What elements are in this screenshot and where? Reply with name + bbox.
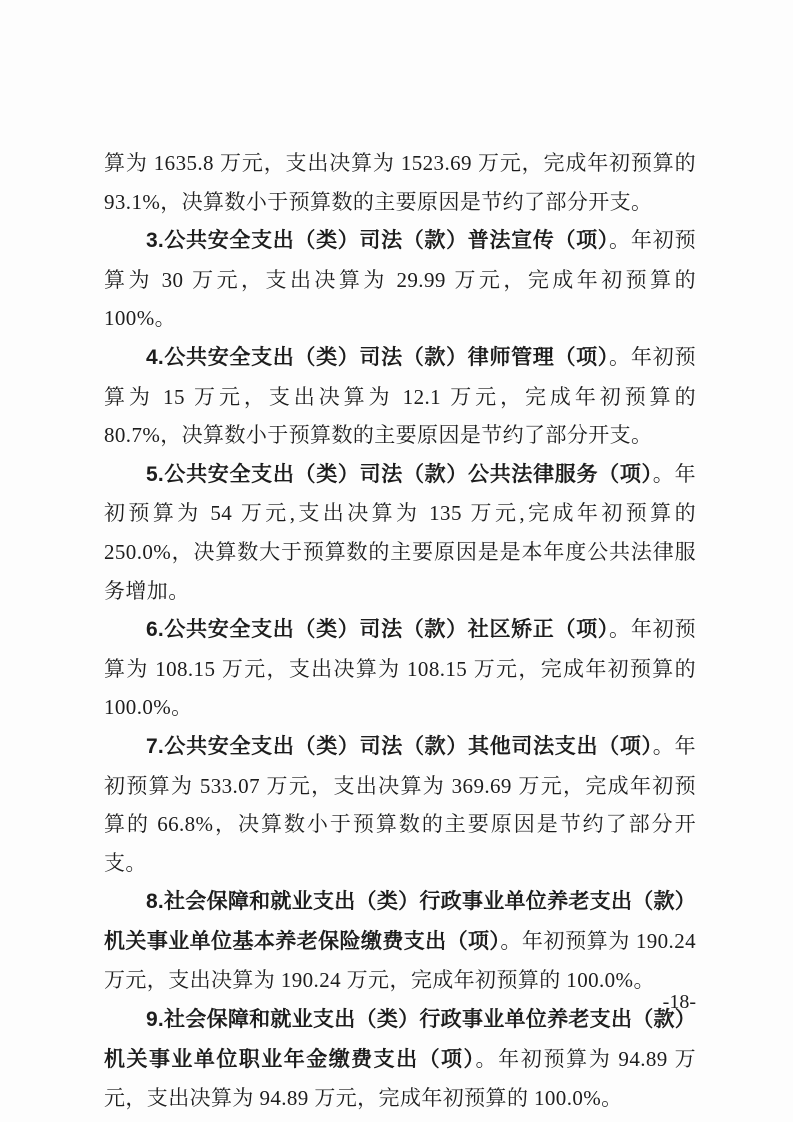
document-body: 算为 1635.8 万元，支出决算为 1523.69 万元，完成年初预算的 93… (104, 144, 696, 1118)
paragraph-item-8: 8.社会保障和就业支出（类）行政事业单位养老支出（款）机关事业单位基本养老保险缴… (104, 882, 696, 1000)
paragraph-item-6: 6.公共安全支出（类）司法（款）社区矫正（项）。年初预算为 108.15 万元，… (104, 610, 696, 727)
budget-item-heading: 3.公共安全支出（类）司法（款）普法宣传（项） (146, 229, 609, 252)
page-number: -18- (663, 991, 696, 1013)
paragraph-continuation-item-2: 算为 1635.8 万元，支出决算为 1523.69 万元，完成年初预算的 93… (104, 144, 696, 221)
budget-item-heading: 6.公共安全支出（类）司法（款）社区矫正（项） (146, 618, 609, 641)
budget-item-text: 算为 1635.8 万元，支出决算为 1523.69 万元，完成年初预算的 93… (104, 151, 696, 214)
paragraph-item-3: 3.公共安全支出（类）司法（款）普法宣传（项）。年初预算为 30 万元，支出决算… (104, 221, 696, 338)
paragraph-item-7: 7.公共安全支出（类）司法（款）其他司法支出（项）。年初预算为 533.07 万… (104, 727, 696, 882)
budget-item-heading: 7.公共安全支出（类）司法（款）其他司法支出（项） (146, 735, 653, 758)
document-page: 算为 1635.8 万元，支出决算为 1523.69 万元，完成年初预算的 93… (0, 0, 793, 1122)
budget-item-heading: 5.公共安全支出（类）司法（款）公共法律服务（项） (146, 463, 653, 486)
paragraph-item-4: 4.公共安全支出（类）司法（款）律师管理（项）。年初预算为 15 万元，支出决算… (104, 338, 696, 455)
page-footer: -18- (104, 991, 696, 1014)
budget-item-heading: 4.公共安全支出（类）司法（款）律师管理（项） (146, 346, 609, 369)
paragraph-item-5: 5.公共安全支出（类）司法（款）公共法律服务（项）。年初预算为 54 万元,支出… (104, 455, 696, 610)
paragraph-item-9: 9.社会保障和就业支出（类）行政事业单位养老支出（款）机关事业单位职业年金缴费支… (104, 1000, 696, 1118)
